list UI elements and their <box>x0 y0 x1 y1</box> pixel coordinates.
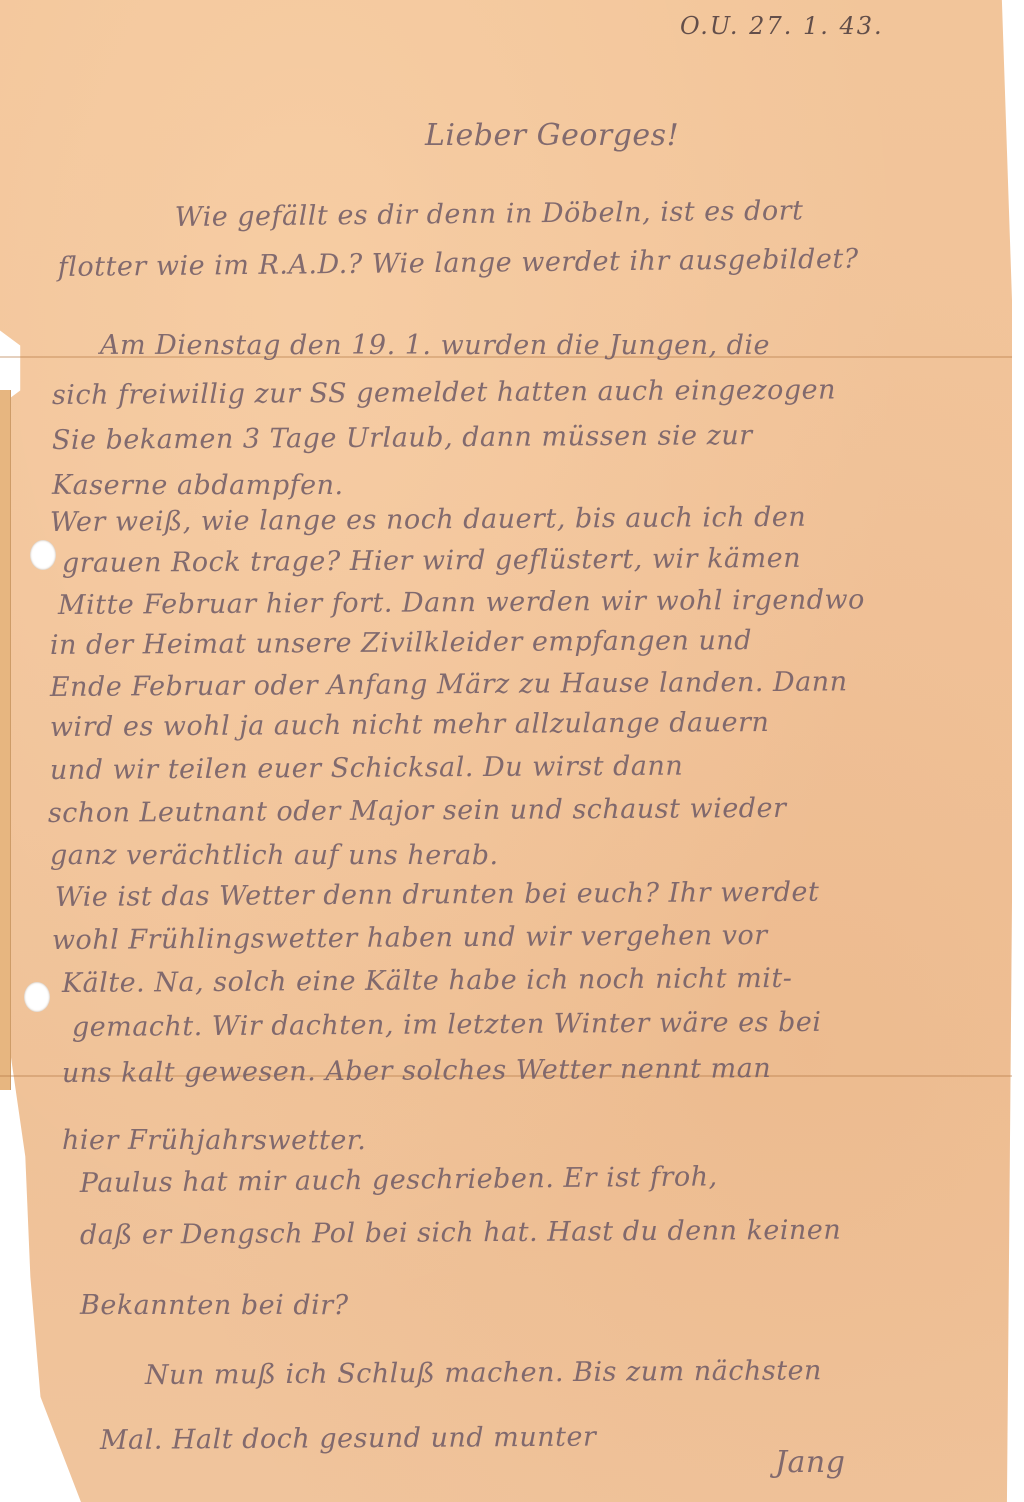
letter-line: wohl Frühlingswetter haben und wir verge… <box>52 920 768 956</box>
letter-line: Sie bekamen 3 Tage Urlaub, dann müssen s… <box>52 420 753 456</box>
letter-line: Nun muß ich Schluß machen. Bis zum nächs… <box>145 1355 822 1391</box>
letter-line: Kaserne abdampfen. <box>52 470 344 501</box>
letter-line: hier Frühjahrswetter. <box>62 1125 366 1156</box>
letter-line: Kälte. Na, solch eine Kälte habe ich noc… <box>62 963 793 999</box>
letter-line: Bekannten bei dir? <box>80 1290 349 1321</box>
letter-line: ganz verächtlich auf uns herab. <box>50 840 499 871</box>
letter-line: Wie ist das Wetter denn drunten bei euch… <box>55 877 820 913</box>
letter-line: Mitte Februar hier fort. Dann werden wir… <box>58 584 865 621</box>
paper-edge-strip <box>0 390 11 1090</box>
letter-line: uns kalt gewesen. Aber solches Wetter ne… <box>62 1053 771 1089</box>
letter-line: in der Heimat unsere Zivilkleider empfan… <box>50 625 752 661</box>
letter-line: grauen Rock trage? Hier wird geflüstert,… <box>62 543 801 579</box>
letter-signature: Jang <box>775 1445 845 1480</box>
letter-line: Ende Februar oder Anfang März zu Hause l… <box>50 666 848 703</box>
letter-line: Am Dienstag den 19. 1. wurden die Jungen… <box>100 330 770 361</box>
letter-line: daß er Dengsch Pol bei sich hat. Hast du… <box>80 1215 842 1251</box>
letter-line: und wir teilen euer Schicksal. Du wirst … <box>50 751 684 786</box>
letter-greeting: Lieber Georges! <box>425 118 679 153</box>
letter-line: wird es wohl ja auch nicht mehr allzulan… <box>50 707 770 743</box>
letter-line: sich freiwillig zur SS gemeldet hatten a… <box>52 375 836 411</box>
letter-line: Wer weiß, wie lange es noch dauert, bis … <box>50 502 807 538</box>
punch-hole <box>24 982 50 1012</box>
letter-line: gemacht. Wir dachten, im letzten Winter … <box>72 1007 822 1043</box>
letter-line: schon Leutnant oder Major sein und schau… <box>48 793 787 829</box>
letter-line: Mal. Halt doch gesund und munter <box>100 1422 597 1456</box>
punch-hole <box>30 540 56 570</box>
letter-date: O.U. 27. 1. 43. <box>680 12 884 40</box>
letter-line: Wie gefällt es dir denn in Döbeln, ist e… <box>175 195 804 233</box>
